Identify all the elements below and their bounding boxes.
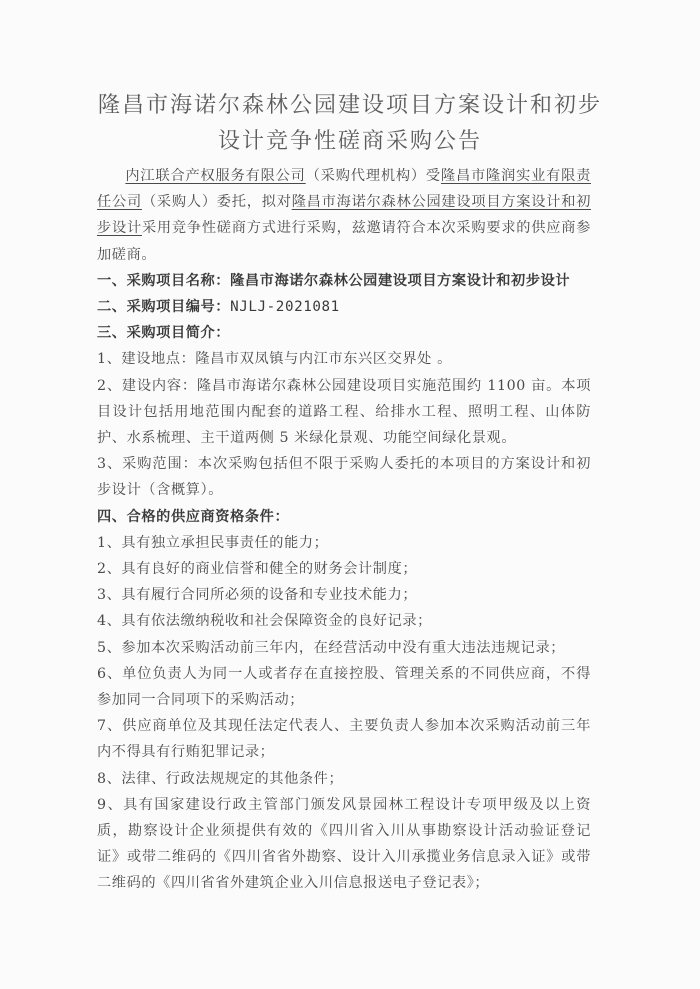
section-3-item-2: 2、建设内容：隆昌市海诺尔森林公园建设项目实施范围约 1100 亩。本项目设计包… [97,373,591,452]
section-3-heading: 三、采购项目简介： [97,320,591,346]
document-page: 隆昌市海诺尔森林公园建设项目方案设计和初步 设计竞争性磋商采购公告 内江联合产权… [0,0,700,989]
section-2: 二、采购项目编号：NJLJ-2021081 [97,294,591,320]
section-4-item-4: 4、具有依法缴纳税收和社会保障资金的良好记录； [97,608,591,634]
section-3-item-1: 1、建设地点：隆昌市双凤镇与内江市东兴区交界处 。 [97,346,591,372]
section-3-item-3: 3、采购范围：本次采购包括但不限于采购人委托的本项目的方案设计和初步设计（含概算… [97,451,591,503]
section-4-item-1: 1、具有独立承担民事责任的能力； [97,530,591,556]
section-4-item-6: 6、单位负责人为同一人或者存在直接控股、管理关系的不同供应商，不得参加同一合同项… [97,661,591,713]
document-title-line-1: 隆昌市海诺尔森林公园建设项目方案设计和初步 [0,88,700,119]
document-title-line-2: 设计竞争性磋商采购公告 [0,124,700,155]
section-2-value: NJLJ-2021081 [230,299,340,315]
section-1: 一、采购项目名称：隆昌市海诺尔森林公园建设项目方案设计和初步设计 [97,268,591,294]
agency-role: （采购代理机构）受 [306,168,441,184]
section-4-item-3: 3、具有履行合同所必须的设备和专业技术能力； [97,582,591,608]
purchaser-role: （采购人）委托，拟对 [142,194,292,210]
document-body: 内江联合产权服务有限公司（采购代理机构）受隆昌市隆润实业有限责任公司（采购人）委… [97,163,591,897]
agency-name: 内江联合产权服务有限公司 [125,168,305,184]
section-4-item-5: 5、参加本次采购活动前三年内，在经营活动中没有重大违法违规记录； [97,635,591,661]
section-4-item-8: 8、法律、行政法规规定的其他条件； [97,766,591,792]
intro-paragraph: 内江联合产权服务有限公司（采购代理机构）受隆昌市隆润实业有限责任公司（采购人）委… [97,163,591,268]
section-4-item-2: 2、具有良好的商业信誉和健全的财务会计制度； [97,556,591,582]
section-1-label: 一、采购项目名称： [97,273,230,289]
intro-rest: 采用竞争性磋商方式进行采购，兹邀请符合本次采购要求的供应商参加磋商。 [97,220,591,262]
section-4-heading: 四、合格的供应商资格条件： [97,504,591,530]
section-1-value: 隆昌市海诺尔森林公园建设项目方案设计和初步设计 [230,273,570,289]
section-4-item-7: 7、供应商单位及其现任法定代表人、主要负责人参加本次采购活动前三年内不得具有行贿… [97,713,591,765]
section-4-item-9: 9、具有国家建设行政主管部门颁发风景园林工程设计专项甲级及以上资质，勘察设计企业… [97,792,591,897]
section-2-label: 二、采购项目编号： [97,299,230,315]
